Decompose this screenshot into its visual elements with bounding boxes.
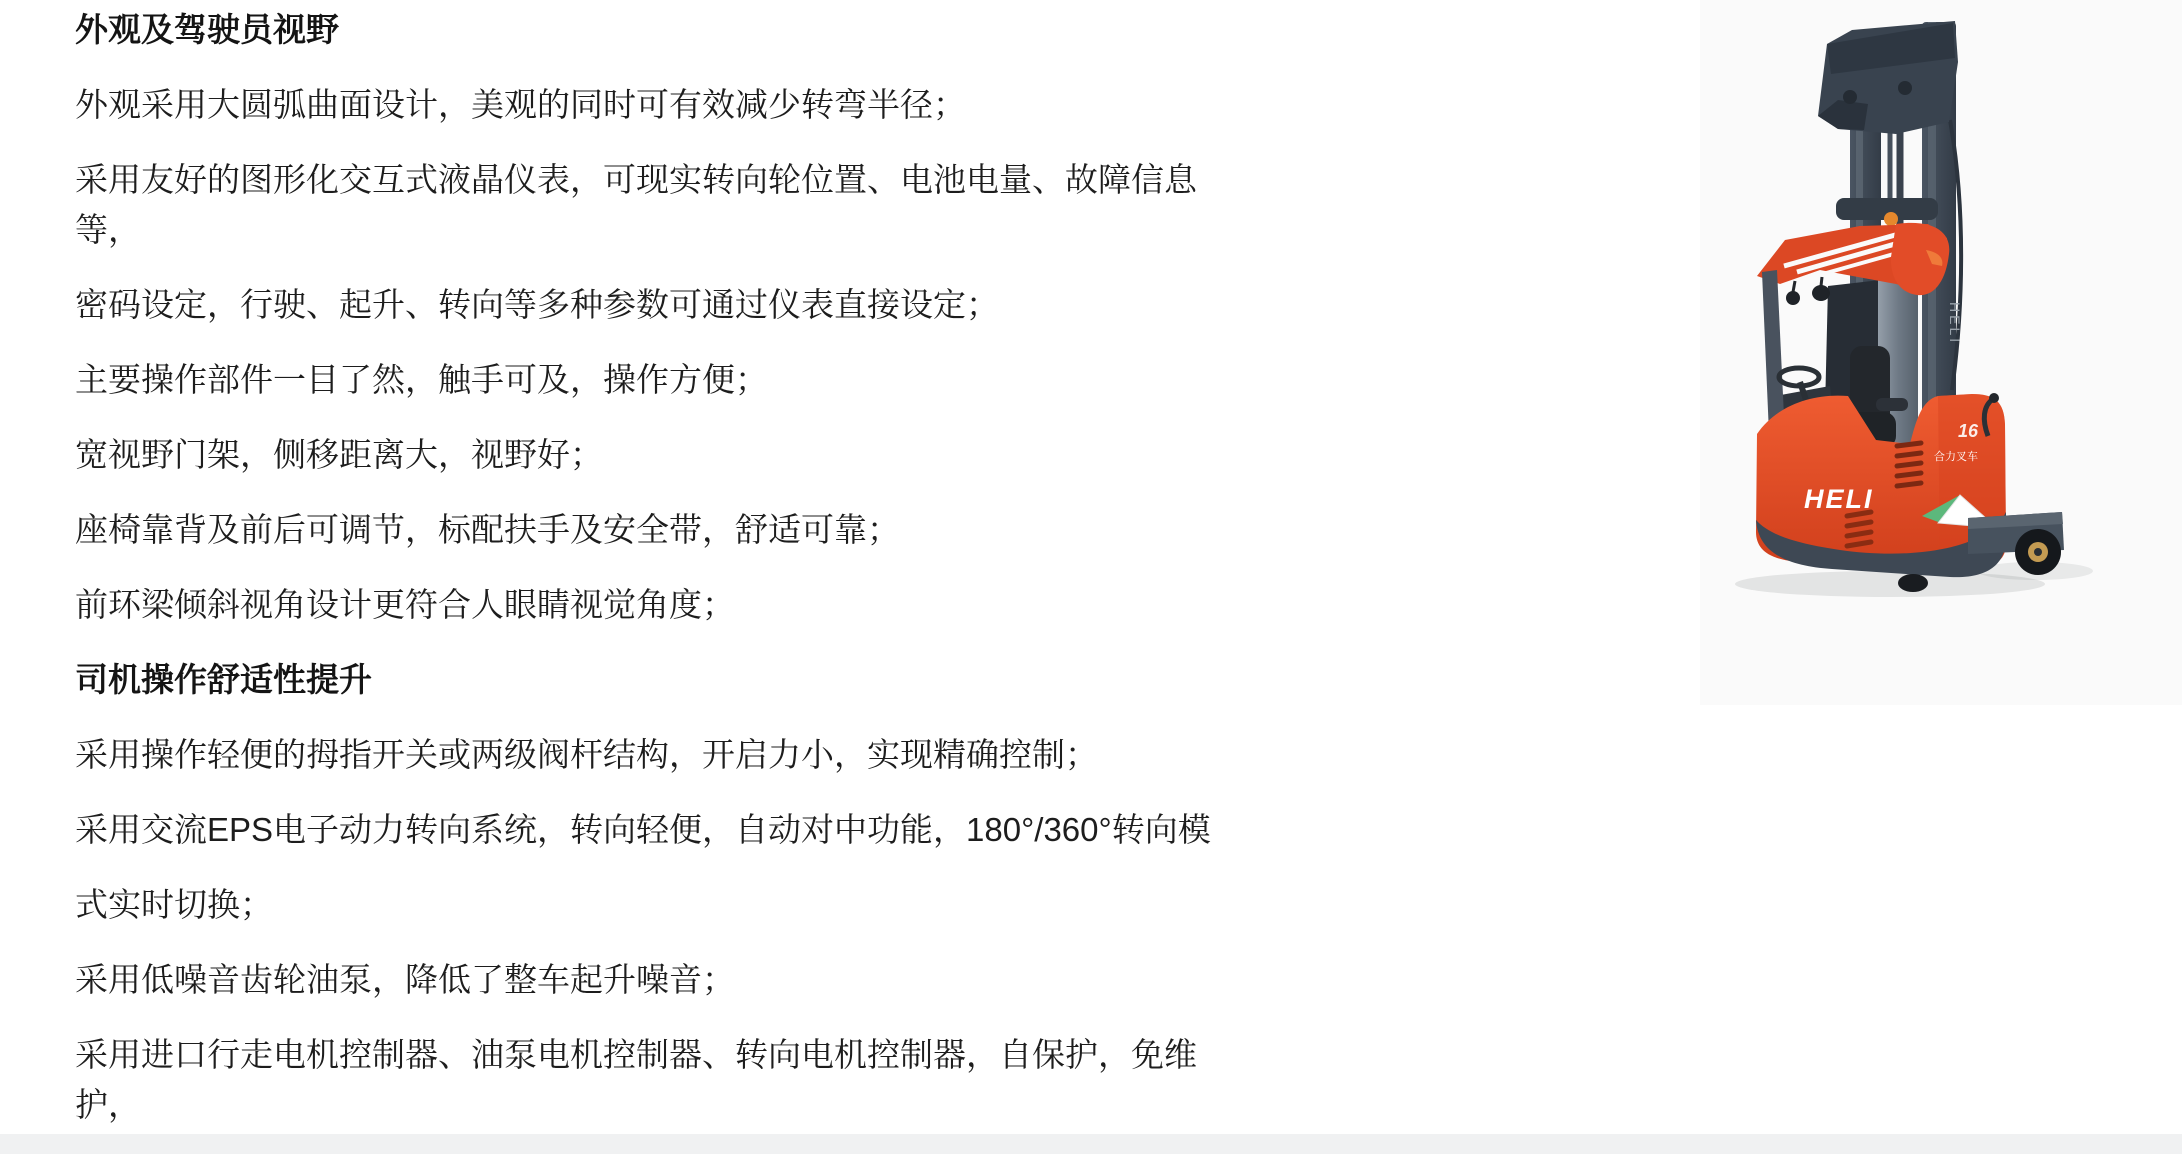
paragraph-line: 采用进口行走电机控制器、油泵电机控制器、转向电机控制器，自保护，免维 — [75, 1030, 1275, 1080]
feature-paragraph: 采用交流EPS电子动力转向系统，转向轻便，自动对中功能，180°/360°转向模 — [75, 805, 1275, 855]
mast-brand-label: HELI — [1947, 302, 1963, 345]
feature-paragraph: 外观采用大圆弧曲面设计，美观的同时可有效减少转弯半径； — [75, 80, 1275, 130]
work-lamp — [1786, 291, 1800, 305]
paragraph-line: 采用操作轻便的拇指开关或两级阀杆结构，开启力小，实现精确控制； — [75, 730, 1275, 780]
paragraph-line: 主要操作部件一目了然，触手可及，操作方便； — [75, 355, 1275, 405]
paragraph-line: 密码设定，行驶、起升、转向等多种参数可通过仪表直接设定； — [75, 280, 1275, 330]
feature-sections: 外观及驾驶员视野外观采用大圆弧曲面设计，美观的同时可有效减少转弯半径；采用友好的… — [75, 5, 1275, 1154]
feature-paragraph: 采用低噪音齿轮油泵，降低了整车起升噪音； — [75, 955, 1275, 1005]
beacon-light — [1884, 212, 1898, 226]
feature-paragraph: 座椅靠背及前后可调节，标配扶手及安全带，舒适可靠； — [75, 505, 1275, 555]
forklift-illustration: HELI — [1700, 0, 2182, 700]
section-heading: 外观及驾驶员视野 — [75, 5, 1275, 55]
work-lamp — [1812, 285, 1830, 301]
brand-cn-text: 合力叉车 — [1934, 449, 1978, 463]
brand-logo-text: HELI — [1804, 484, 1874, 514]
feature-paragraph: 式实时切换； — [75, 880, 1275, 930]
feature-paragraph: 采用进口行走电机控制器、油泵电机控制器、转向电机控制器，自保护，免维护， — [75, 1030, 1275, 1130]
paragraph-line: 等， — [75, 205, 1275, 255]
bottom-bar — [0, 1134, 2182, 1154]
paragraph-line: 外观采用大圆弧曲面设计，美观的同时可有效减少转弯半径； — [75, 80, 1275, 130]
product-photo: HELI — [1700, 0, 2182, 705]
feature-paragraph: 前环梁倾斜视角设计更符合人眼睛视觉角度； — [75, 580, 1275, 630]
feature-paragraph: 采用操作轻便的拇指开关或两级阀杆结构，开启力小，实现精确控制； — [75, 730, 1275, 780]
paragraph-line: 前环梁倾斜视角设计更符合人眼睛视觉角度； — [75, 580, 1275, 630]
paragraph-line: 座椅靠背及前后可调节，标配扶手及安全带，舒适可靠； — [75, 505, 1275, 555]
model-badge: 16 — [1958, 421, 1979, 441]
feature-paragraph: 主要操作部件一目了然，触手可及，操作方便； — [75, 355, 1275, 405]
paragraph-line: 采用友好的图形化交互式液晶仪表，可现实转向轮位置、电池电量、故障信息 — [75, 155, 1275, 205]
paragraph-line: 式实时切换； — [75, 880, 1275, 930]
paragraph-line: 宽视野门架，侧移距离大，视野好； — [75, 430, 1275, 480]
paragraph-line: 护， — [75, 1080, 1275, 1130]
section-heading: 司机操作舒适性提升 — [75, 655, 1275, 705]
caster-wheel — [1898, 574, 1928, 592]
feature-paragraph: 密码设定，行驶、起升、转向等多种参数可通过仪表直接设定； — [75, 280, 1275, 330]
paragraph-line: 采用低噪音齿轮油泵，降低了整车起升噪音； — [75, 955, 1275, 1005]
feature-paragraph: 宽视野门架，侧移距离大，视野好； — [75, 430, 1275, 480]
paragraph-line: 采用交流EPS电子动力转向系统，转向轻便，自动对中功能，180°/360°转向模 — [75, 805, 1275, 855]
feature-paragraph: 采用友好的图形化交互式液晶仪表，可现实转向轮位置、电池电量、故障信息等， — [75, 155, 1275, 255]
